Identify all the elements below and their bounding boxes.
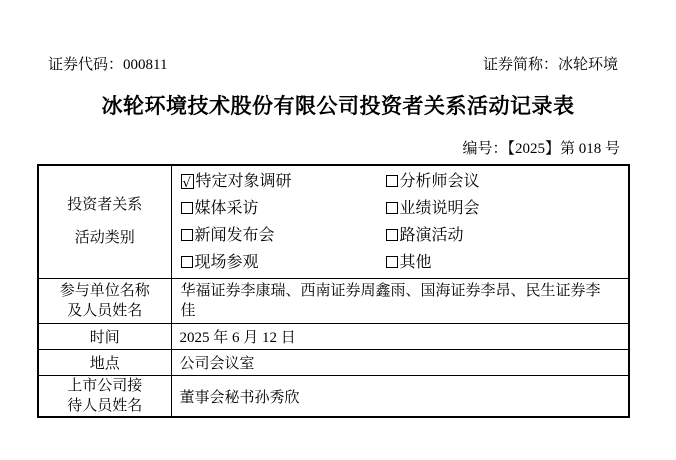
table-row-activity-type: 投资者关系 活动类别 √特定对象调研分析师会议媒体采访业绩说明会新闻发布会路演活… <box>38 165 629 279</box>
activity-options: √特定对象调研分析师会议媒体采访业绩说明会新闻发布会路演活动现场参观其他 <box>180 168 621 276</box>
activity-option[interactable]: 新闻发布会 <box>181 222 386 249</box>
row-label-activity-type: 投资者关系 活动类别 <box>38 165 171 279</box>
activity-option[interactable]: 路演活动 <box>386 222 621 249</box>
activity-option[interactable]: √特定对象调研 <box>181 168 386 195</box>
table-row-location: 地点 公司会议室 <box>38 350 629 376</box>
stock-name-label: 证券简称： <box>483 57 558 73</box>
row-label-time: 时间 <box>38 324 171 350</box>
record-table: 投资者关系 活动类别 √特定对象调研分析师会议媒体采访业绩说明会新闻发布会路演活… <box>37 164 630 418</box>
row-label-location: 地点 <box>38 350 171 376</box>
stock-name-value: 冰轮环境 <box>558 57 618 73</box>
row-label-line: 参与单位名称 <box>41 281 169 301</box>
activity-option[interactable]: 业绩说明会 <box>386 195 621 222</box>
checkbox-unchecked-icon[interactable] <box>386 256 398 268</box>
activity-option-label: 媒体采访 <box>195 200 259 217</box>
row-label-line: 投资者关系 <box>41 189 169 222</box>
table-row-participants: 参与单位名称 及人员姓名 华福证券李康瑞、西南证券周鑫雨、国海证券李昂、民生证券… <box>38 279 629 324</box>
activity-option-label: 现场参观 <box>195 254 259 271</box>
table-row-reception-staff: 上市公司接 待人员姓名 董事会秘书孙秀欣 <box>38 376 629 418</box>
checkbox-unchecked-icon[interactable] <box>181 202 193 214</box>
row-label-line: 活动类别 <box>41 222 169 255</box>
stock-code: 证券代码：000811 <box>48 56 167 74</box>
row-label-line: 及人员姓名 <box>41 301 169 321</box>
stock-code-label: 证券代码： <box>48 57 123 73</box>
activity-option-label: 新闻发布会 <box>195 227 275 244</box>
investor-relations-record-document: 证券代码：000811 证券简称：冰轮环境 冰轮环境技术股份有限公司投资者关系活… <box>0 0 676 460</box>
activity-option-label: 特定对象调研 <box>196 173 292 190</box>
activity-option-label: 路演活动 <box>400 227 464 244</box>
reception-staff-value: 董事会秘书孙秀欣 <box>171 376 629 418</box>
stock-code-value: 000811 <box>123 57 167 73</box>
row-label-participants: 参与单位名称 及人员姓名 <box>38 279 171 324</box>
table-row-time: 时间 2025 年 6 月 12 日 <box>38 324 629 350</box>
checkbox-unchecked-icon[interactable] <box>386 229 398 241</box>
checkbox-unchecked-icon[interactable] <box>386 175 398 187</box>
location-value: 公司会议室 <box>171 350 629 376</box>
activity-option[interactable]: 分析师会议 <box>386 168 621 195</box>
checkbox-unchecked-icon[interactable] <box>181 256 193 268</box>
checkbox-checked-icon[interactable]: √ <box>181 174 194 189</box>
activity-option[interactable]: 其他 <box>386 249 621 276</box>
participants-value: 华福证券李康瑞、西南证券周鑫雨、国海证券李昂、民生证券李佳 <box>171 279 629 324</box>
doc-number: 编号：【2025】第 018 号 <box>0 140 676 158</box>
checkbox-unchecked-icon[interactable] <box>386 202 398 214</box>
document-header: 证券代码：000811 证券简称：冰轮环境 <box>0 0 676 74</box>
row-label-line: 上市公司接 <box>41 376 169 396</box>
checkbox-unchecked-icon[interactable] <box>181 229 193 241</box>
activity-options-cell: √特定对象调研分析师会议媒体采访业绩说明会新闻发布会路演活动现场参观其他 <box>171 165 629 279</box>
activity-option-label: 分析师会议 <box>400 173 480 190</box>
activity-option-label: 其他 <box>400 254 432 271</box>
row-label-line: 待人员姓名 <box>41 396 169 416</box>
activity-option[interactable]: 现场参观 <box>181 249 386 276</box>
time-value: 2025 年 6 月 12 日 <box>171 324 629 350</box>
page-title: 冰轮环境技术股份有限公司投资者关系活动记录表 <box>0 94 676 119</box>
stock-short-name: 证券简称：冰轮环境 <box>483 56 618 74</box>
row-label-reception-staff: 上市公司接 待人员姓名 <box>38 376 171 418</box>
check-mark-icon: √ <box>183 177 191 190</box>
activity-option[interactable]: 媒体采访 <box>181 195 386 222</box>
activity-option-label: 业绩说明会 <box>400 200 480 217</box>
